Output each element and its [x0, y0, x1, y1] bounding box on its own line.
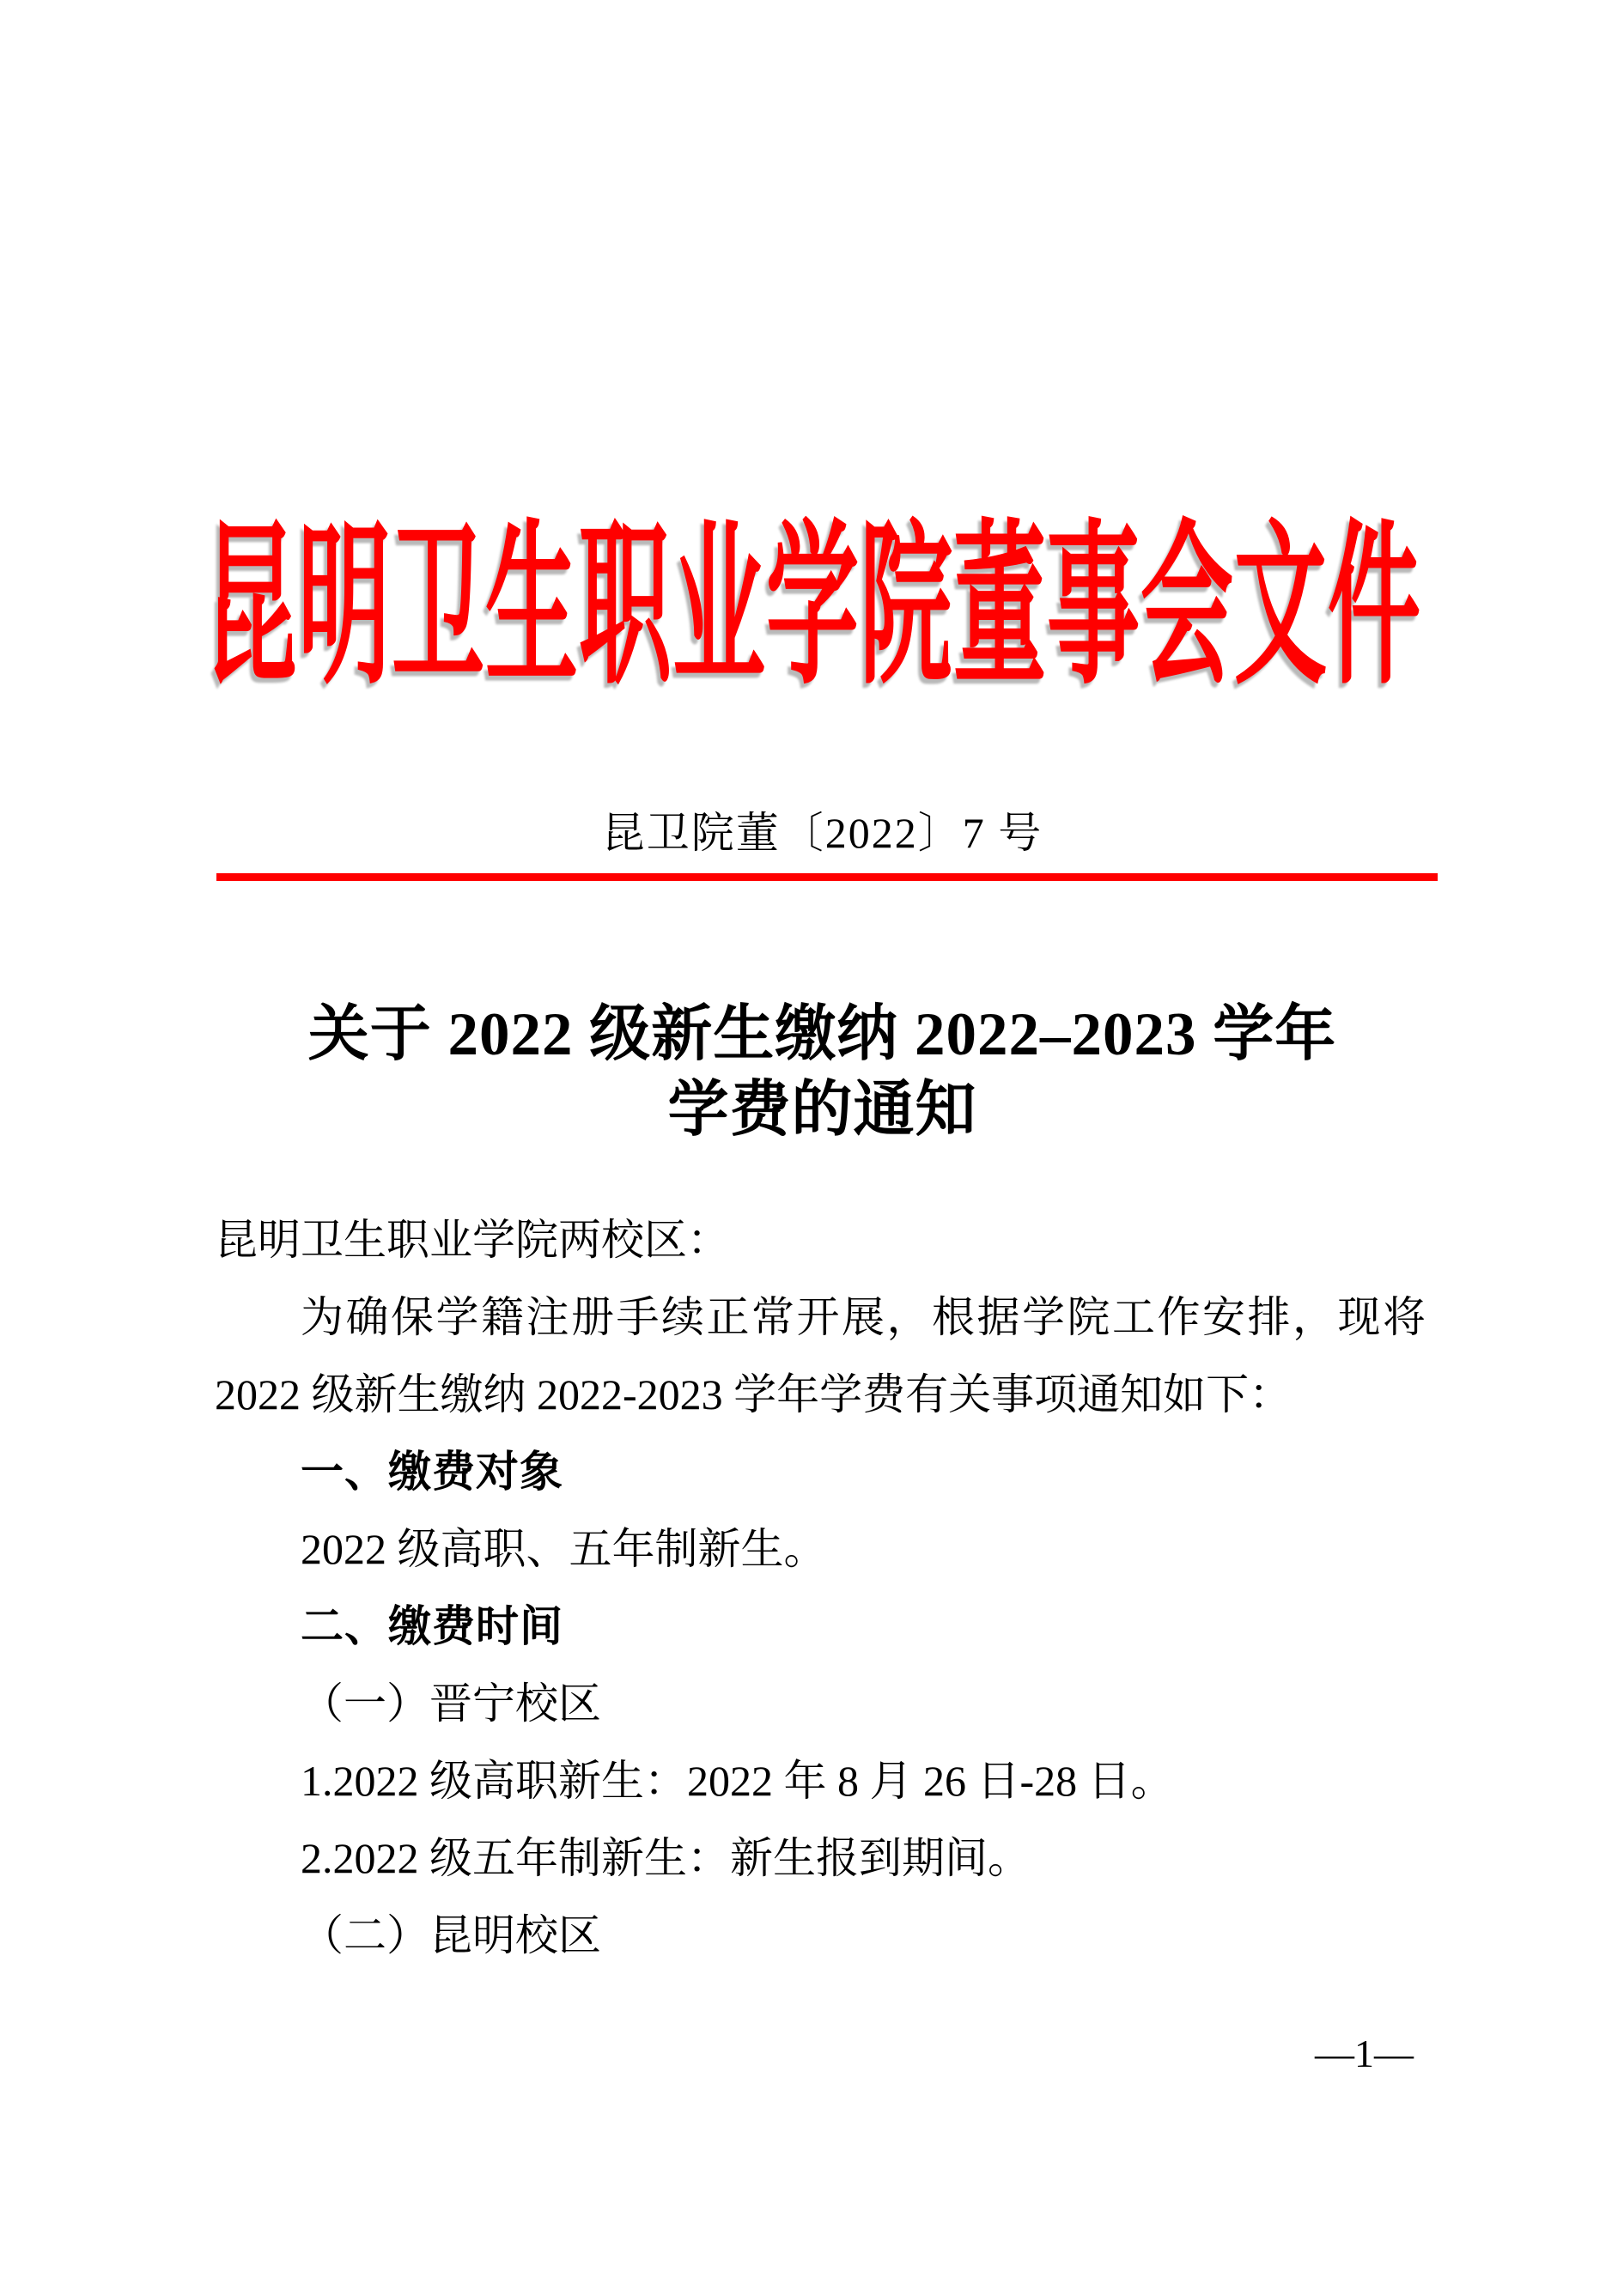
page-number: —1—: [1315, 2029, 1414, 2079]
notice-title-line1: 关于 2022 级新生缴纳 2022–2023 学年: [215, 997, 1430, 1072]
subsection-2-heading: （二）昆明校区: [215, 1897, 1430, 1974]
subsection-1-item-1: 1.2022 级高职新生：2022 年 8 月 26 日-28 日。: [215, 1742, 1430, 1819]
notice-title: 关于 2022 级新生缴纳 2022–2023 学年 学费的通知: [215, 997, 1430, 1148]
salutation-line: 昆明卫生职业学院两校区：: [215, 1201, 1430, 1279]
red-divider-line: [216, 873, 1438, 881]
document-page: 昆明卫生职业学院董事会文件 昆卫院董〔2022〕7 号 关于 2022 级新生缴…: [0, 0, 1624, 2296]
section-1-heading: 一、缴费对象: [215, 1433, 1430, 1510]
notice-title-line2: 学费的通知: [215, 1072, 1430, 1148]
doc-number: 昆卫院董〔2022〕7 号: [215, 807, 1430, 859]
document-body: 昆明卫生职业学院两校区： 为确保学籍注册手续正常开展，根据学院工作安排，现将 2…: [215, 1201, 1430, 1974]
section-2-heading: 二、缴费时间: [215, 1588, 1430, 1665]
red-header-banner: 昆明卫生职业学院董事会文件: [204, 555, 1420, 665]
section-1-content: 2022 级高职、五年制新生。: [215, 1510, 1430, 1588]
subsection-1-item-2: 2.2022 级五年制新生：新生报到期间。: [215, 1819, 1430, 1897]
intro-paragraph-line-2: 2022 级新生缴纳 2022-2023 学年学费有关事项通知如下：: [215, 1356, 1430, 1433]
banner-title: 昆明卫生职业学院董事会文件: [204, 505, 1421, 714]
intro-paragraph-line-1: 为确保学籍注册手续正常开展，根据学院工作安排，现将: [215, 1279, 1426, 1356]
subsection-1-heading: （一）晋宁校区: [215, 1665, 1430, 1742]
